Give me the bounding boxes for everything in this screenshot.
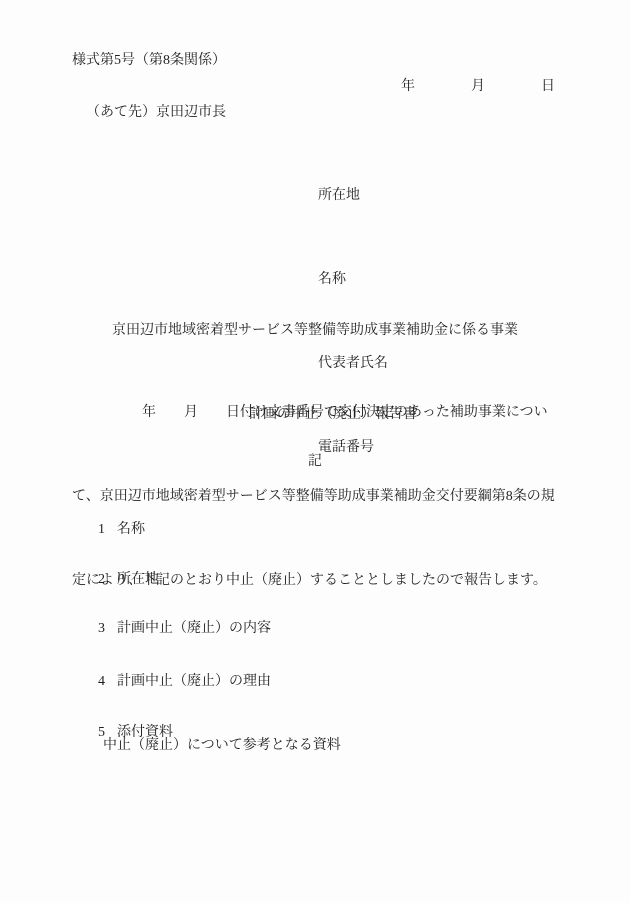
list-item-2-label: 所在地 — [117, 572, 159, 587]
list-item-4-number: 4 — [98, 675, 117, 689]
list-item-1-label: 名称 — [117, 522, 145, 537]
list-item-3-label: 計画中止（廃止）の内容 — [117, 621, 271, 636]
list-item-1: 1名称 — [84, 509, 145, 551]
ki-marker: 記 — [0, 455, 630, 469]
body-line-2: て、京田辺市地域密着型サービス等整備等助成事業補助金交付要綱第8条の規 — [72, 483, 555, 511]
list-item-1-number: 1 — [98, 523, 117, 537]
sender-address-label: 所在地 — [318, 182, 388, 210]
document-page: 様式第5号（第8条関係） 年 月 日 （あて先）京田辺市長 所在地 名称 代表者… — [0, 0, 630, 903]
list-item-3: 3計画中止（廃止）の内容 — [84, 608, 271, 650]
document-title-line1: 京田辺市地域密着型サービス等整備等助成事業補助金に係る事業 — [0, 317, 630, 345]
body-line-1: 年 月 日付け文書番号で交付決定のあった補助事業につい — [72, 399, 555, 427]
list-item-4: 4計画中止（廃止）の理由 — [84, 661, 271, 703]
list-item-2: 2所在地 — [84, 559, 159, 601]
list-item-4-label: 計画中止（廃止）の理由 — [117, 674, 271, 689]
list-item-2-number: 2 — [98, 573, 117, 587]
date-line: 年 月 日 — [401, 80, 555, 94]
list-item-5-subtext: 中止（廃止）について参考となる資料 — [103, 739, 341, 753]
form-number: 様式第5号（第8条関係） — [72, 54, 226, 68]
list-item-3-number: 3 — [98, 622, 117, 636]
addressee: （あて先）京田辺市長 — [86, 106, 226, 120]
body-paragraph: 年 月 日付け文書番号で交付決定のあった補助事業につい て、京田辺市地域密着型サ… — [72, 343, 555, 651]
